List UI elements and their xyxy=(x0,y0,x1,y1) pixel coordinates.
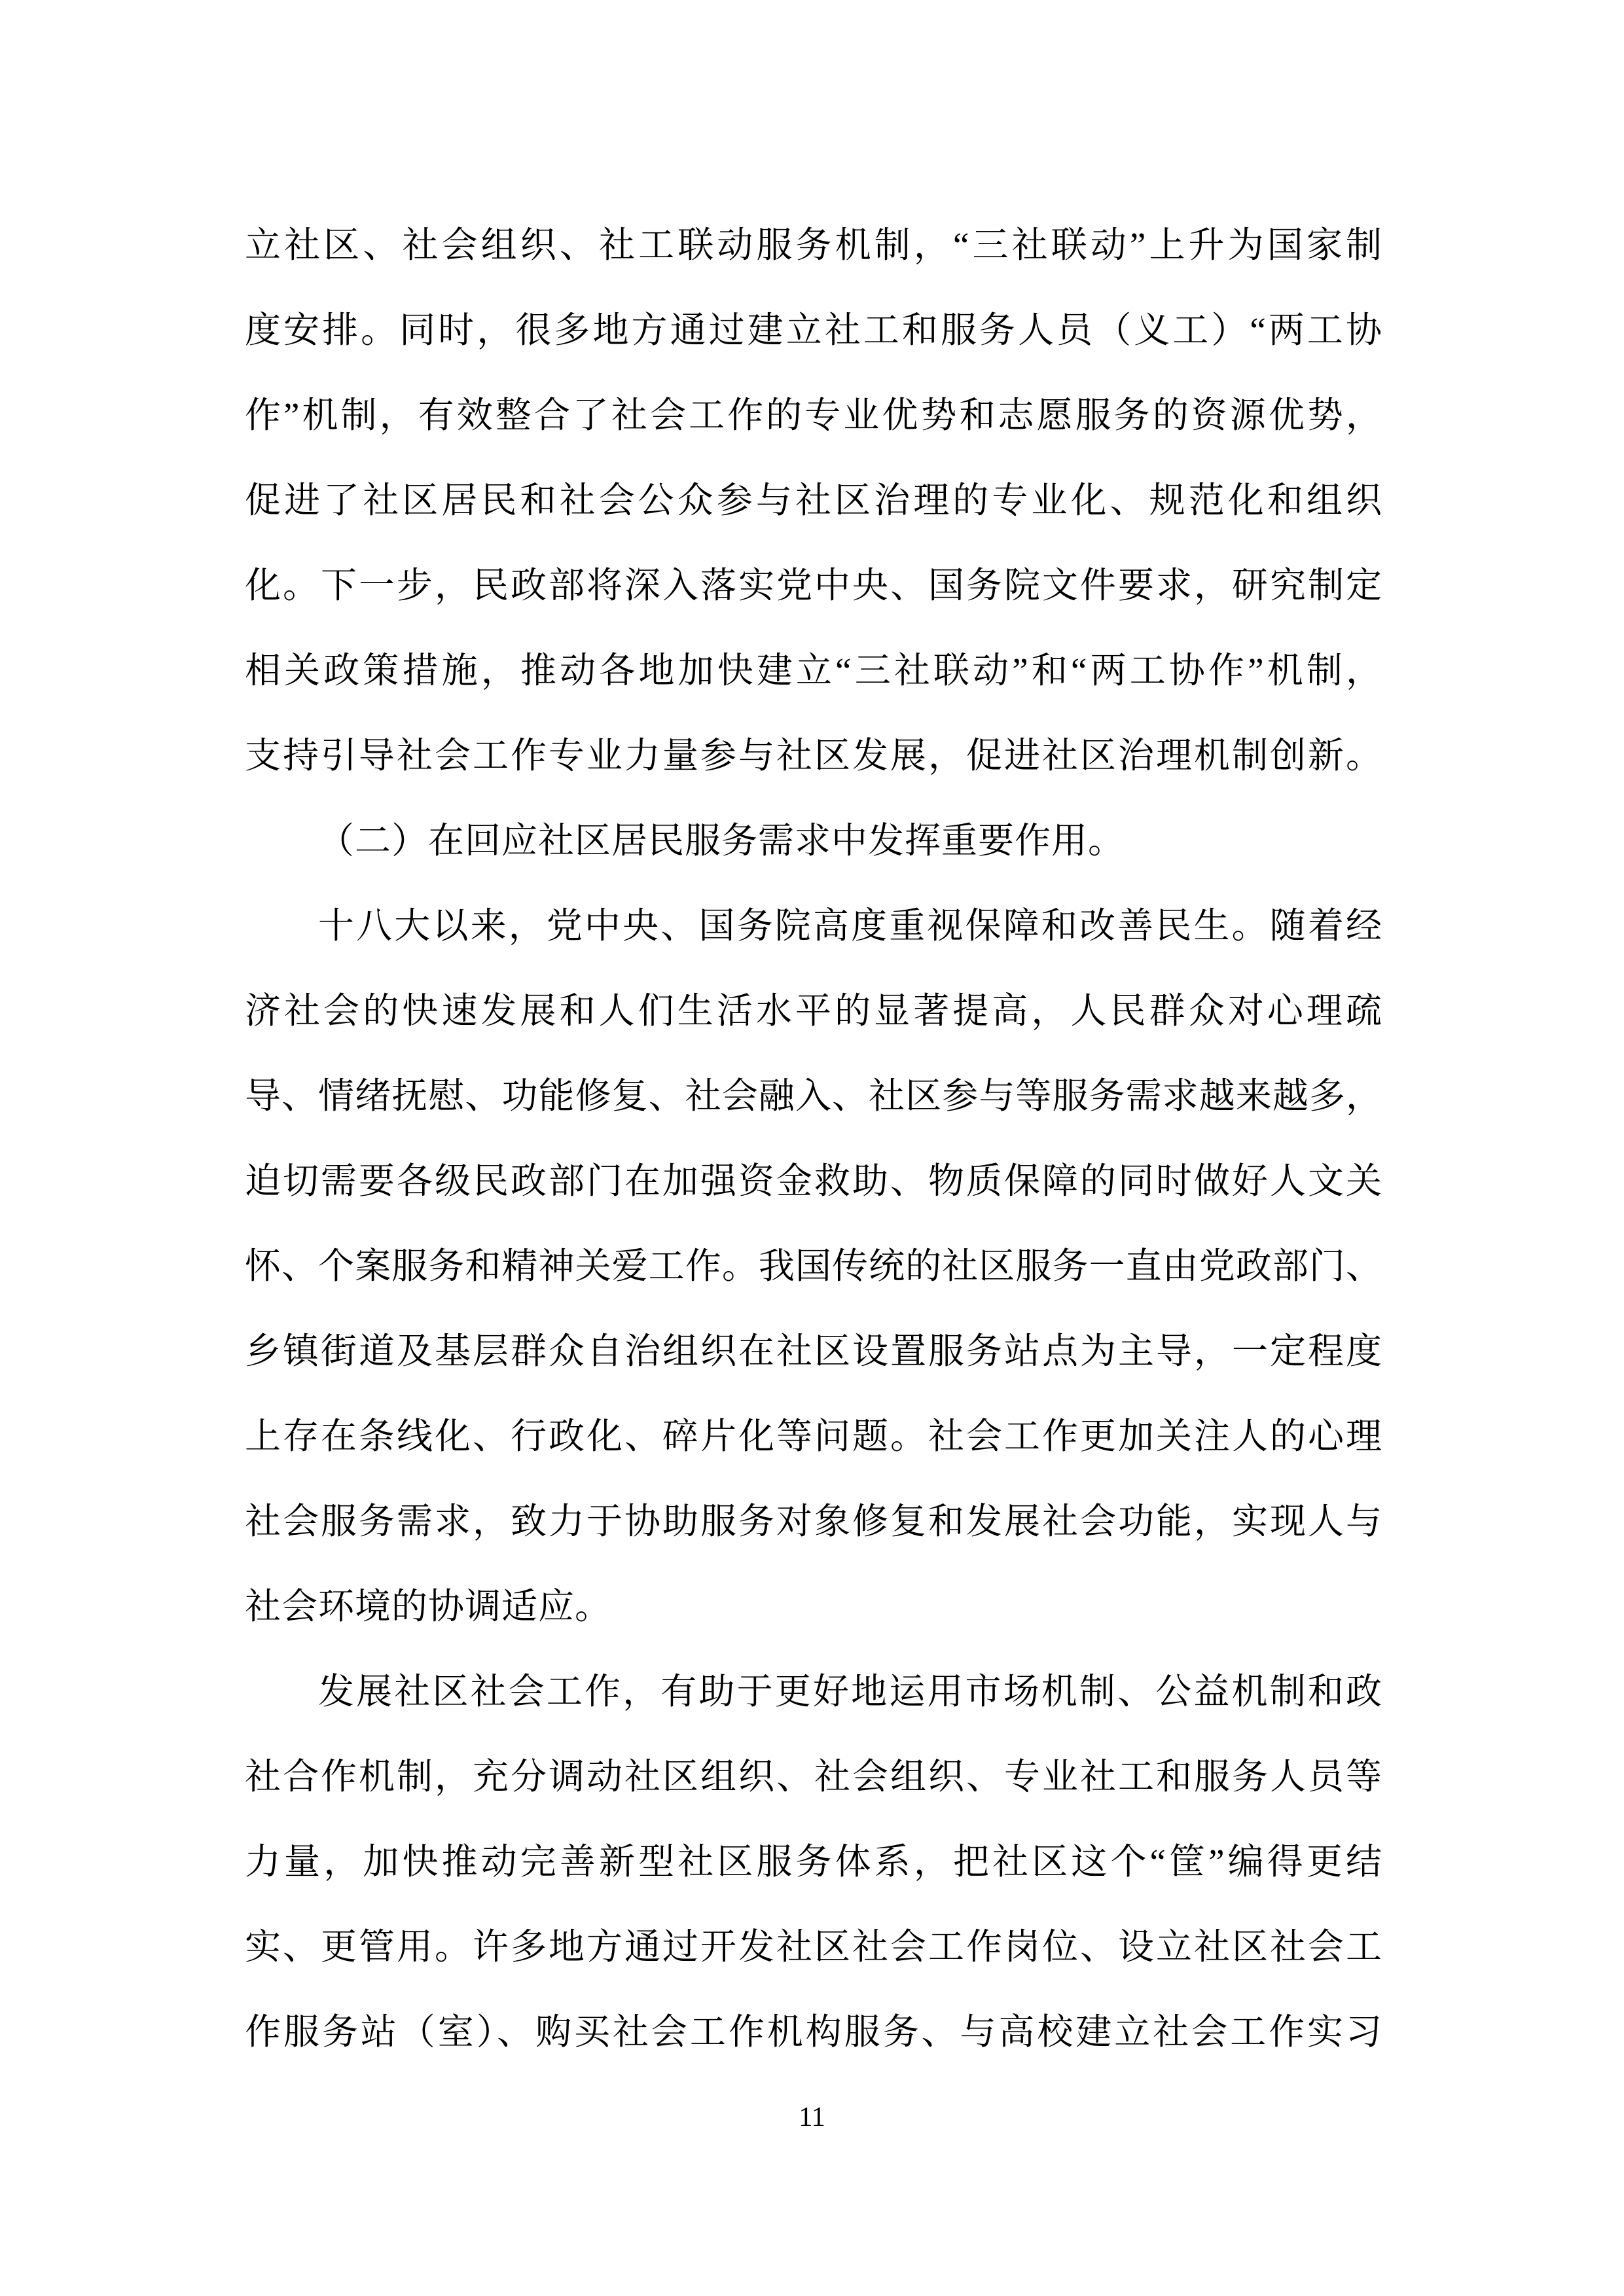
document-body-text: 立社区、社会组织、社工联动服务机制，“三社联动”上升为国家制度安排。同时，很多地… xyxy=(245,203,1382,2075)
text-line: 济社会的快速发展和人们生活水平的显著提高，人民群众对心理疏 xyxy=(245,969,1382,1054)
text-line: 乡镇街道及基层群众自治组织在社区设置服务站点为主导，一定程度 xyxy=(245,1309,1382,1394)
page-number: 11 xyxy=(799,2102,825,2132)
document-page: 立社区、社会组织、社工联动服务机制，“三社联动”上升为国家制度安排。同时，很多地… xyxy=(0,0,1624,2296)
text-line: 作服务站（室）、购买社会工作机构服务、与高校建立社会工作实习 xyxy=(245,1990,1382,2075)
page-footer: 11 xyxy=(0,2098,1624,2137)
text-line: 促进了社区居民和社会公众参与社区治理的专业化、规范化和组织 xyxy=(245,458,1382,543)
text-line: 上存在条线化、行政化、碎片化等问题。社会工作更加关注人的心理 xyxy=(245,1394,1382,1479)
text-line: 发展社区社会工作，有助于更好地运用市场机制、公益机制和政 xyxy=(245,1649,1382,1734)
text-line: 导、情绪抚慰、功能修复、社会融入、社区参与等服务需求越来越多， xyxy=(245,1054,1382,1139)
text-line: 立社区、社会组织、社工联动服务机制，“三社联动”上升为国家制 xyxy=(245,203,1382,288)
text-line: 迫切需要各级民政部门在加强资金救助、物质保障的同时做好人文关 xyxy=(245,1139,1382,1224)
text-line: 支持引导社会工作专业力量参与社区发展，促进社区治理机制创新。 xyxy=(245,713,1382,798)
text-line: 社会环境的协调适应。 xyxy=(245,1564,1382,1649)
text-line: 化。下一步，民政部将深入落实党中央、国务院文件要求，研究制定 xyxy=(245,543,1382,628)
text-line: （二）在回应社区居民服务需求中发挥重要作用。 xyxy=(245,798,1382,884)
text-line: 实、更管用。许多地方通过开发社区社会工作岗位、设立社区社会工 xyxy=(245,1905,1382,1990)
text-line: 力量，加快推动完善新型社区服务体系，把社区这个“筐”编得更结 xyxy=(245,1820,1382,1905)
text-line: 相关政策措施，推动各地加快建立“三社联动”和“两工协作”机制， xyxy=(245,628,1382,713)
text-line: 社合作机制，充分调动社区组织、社会组织、专业社工和服务人员等 xyxy=(245,1734,1382,1820)
text-line: 度安排。同时，很多地方通过建立社工和服务人员（义工）“两工协 xyxy=(245,288,1382,373)
text-line: 怀、个案服务和精神关爱工作。我国传统的社区服务一直由党政部门、 xyxy=(245,1224,1382,1309)
text-line: 社会服务需求，致力于协助服务对象修复和发展社会功能，实现人与 xyxy=(245,1479,1382,1564)
text-line: 十八大以来，党中央、国务院高度重视保障和改善民生。随着经 xyxy=(245,884,1382,969)
text-line: 作”机制，有效整合了社会工作的专业优势和志愿服务的资源优势， xyxy=(245,373,1382,458)
